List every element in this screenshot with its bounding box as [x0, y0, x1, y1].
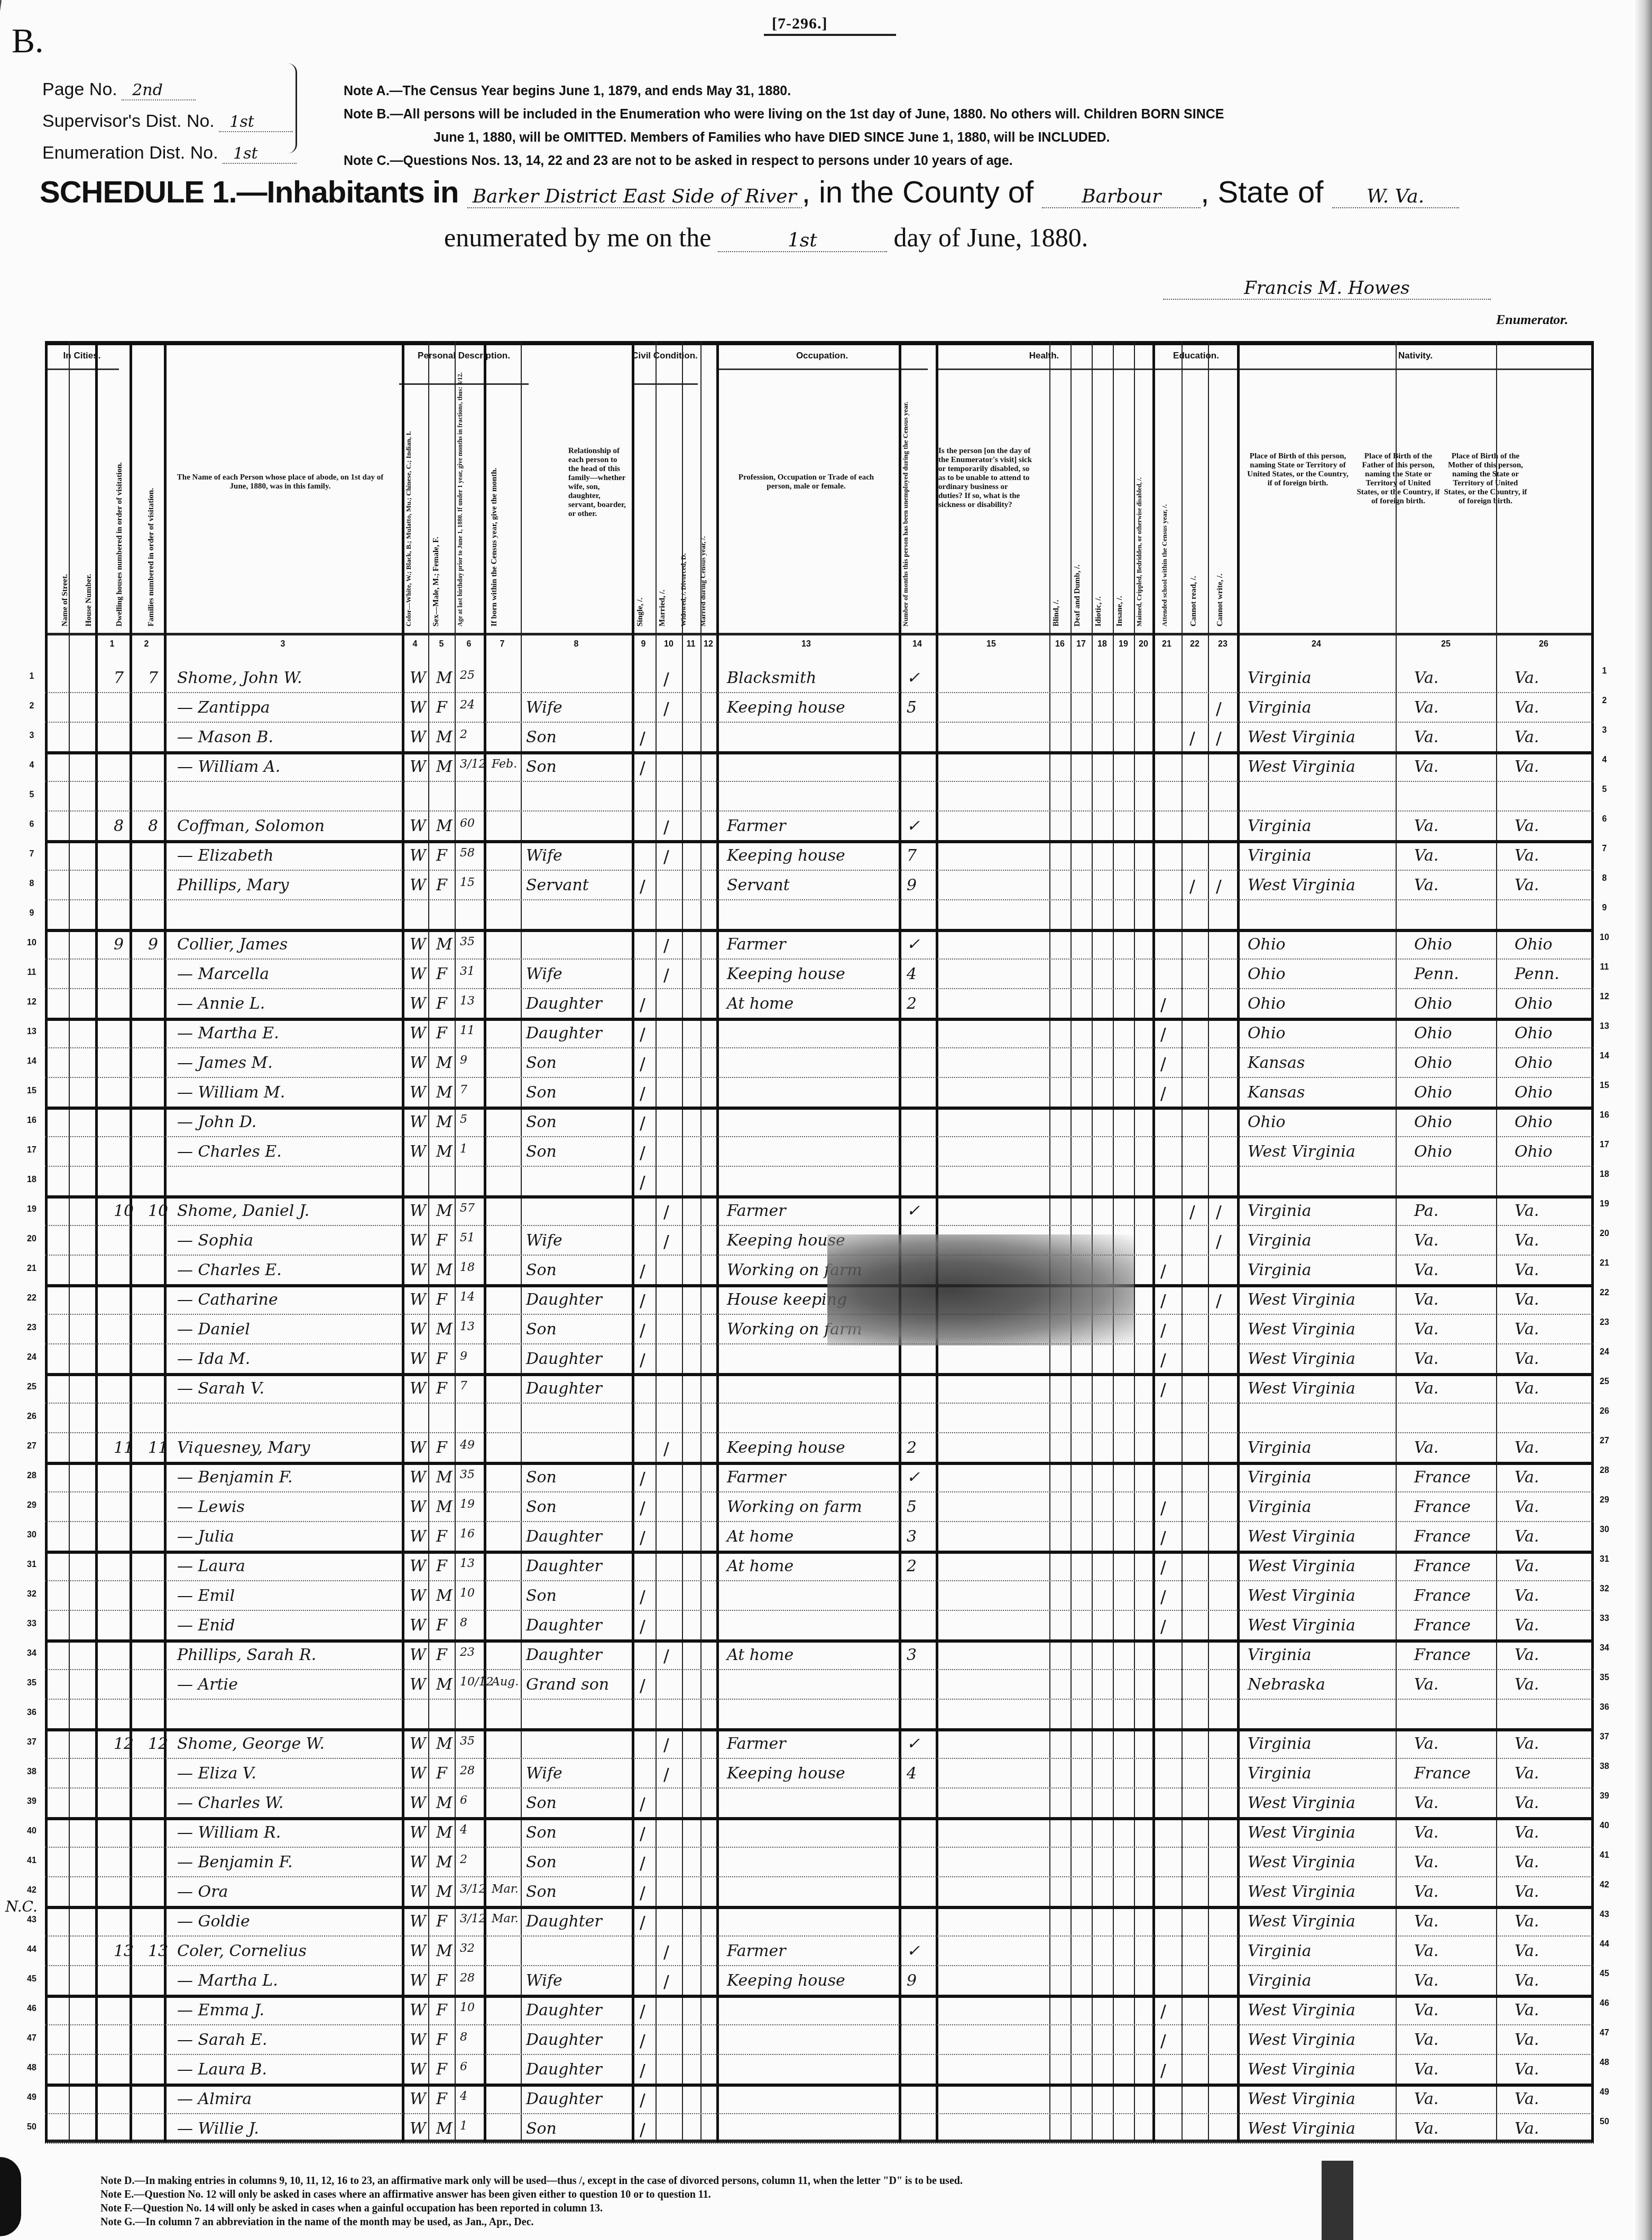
sex: M [436, 669, 453, 687]
birthplace: Virginia [1248, 1646, 1312, 1664]
line-number: 41 [24, 1856, 40, 1866]
color: W [410, 1646, 426, 1664]
father-birthplace: Va. [1414, 1794, 1438, 1812]
months-unemployed: ✓ [907, 935, 920, 954]
single-mark: / [640, 1587, 645, 1607]
married-mark: / [663, 1231, 669, 1251]
county-value: Barbour [1042, 186, 1201, 208]
person-name: — Sarah V. [177, 1379, 264, 1398]
relationship: Wife [526, 1231, 562, 1250]
color: W [410, 1794, 426, 1812]
person-name: Collier, James [177, 935, 288, 954]
mother-birthplace: Va. [1515, 728, 1539, 746]
row-divider [45, 1255, 1594, 1257]
married-mark: / [663, 698, 669, 718]
enumeration-dist-row: Enumeration Dist. No. 1st [42, 143, 297, 164]
mother-birthplace: Ohio [1515, 1083, 1553, 1102]
sex: F [436, 2060, 447, 2079]
attended-school-mark: / [1160, 1498, 1166, 1518]
color: W [410, 1764, 426, 1783]
mother-birthplace: Va. [1515, 1675, 1539, 1694]
age: 49 [460, 1439, 475, 1452]
line-number: 43 [24, 1915, 40, 1925]
line-number: 27 [24, 1442, 40, 1451]
line-number-right: 31 [1596, 1555, 1612, 1564]
birthplace: Ohio [1248, 1024, 1286, 1043]
birthplace: West Virginia [1248, 2119, 1355, 2138]
relationship: Son [526, 1823, 557, 1842]
father-birthplace: Va. [1414, 1883, 1438, 1901]
single-mark: / [640, 1113, 645, 1133]
line-number: 13 [24, 1027, 40, 1037]
color: W [410, 1231, 426, 1250]
line-number: 1 [24, 672, 40, 681]
relationship: Son [526, 1142, 557, 1161]
line-number-right: 37 [1596, 1732, 1612, 1742]
attended-school-mark: / [1160, 1557, 1166, 1577]
line-number: 28 [24, 1471, 40, 1481]
row-divider [45, 1166, 1594, 1168]
father-birthplace: Penn. [1414, 965, 1459, 983]
header-cannot-read: Cannot read, /. [1189, 576, 1198, 626]
father-birthplace: Va. [1414, 817, 1438, 835]
person-name: — Mason B. [177, 728, 273, 746]
birthplace: West Virginia [1248, 1794, 1355, 1812]
age: 24 [460, 698, 475, 712]
column-number: 13 [796, 640, 817, 649]
sex: M [436, 935, 453, 954]
person-name: — Sophia [177, 1231, 253, 1250]
person-name: — Laura B. [177, 2060, 267, 2079]
father-birthplace: Va. [1414, 876, 1438, 895]
occupation: Keeping house [727, 1439, 845, 1457]
age: 16 [460, 1527, 475, 1541]
row-divider [45, 2113, 1594, 2115]
birthplace: Kansas [1248, 1083, 1305, 1102]
header-father-birthplace: Place of Birth of the Father of this per… [1356, 452, 1441, 506]
birthplace: West Virginia [1248, 1320, 1355, 1339]
father-birthplace: Ohio [1414, 1054, 1452, 1072]
line-number-right: 10 [1596, 933, 1612, 943]
relationship: Daughter [526, 1912, 602, 1931]
line-number-right: 19 [1596, 1200, 1612, 1209]
column-number: 21 [1156, 640, 1177, 649]
row-divider [45, 1965, 1594, 1967]
family-number: 11 [148, 1439, 168, 1457]
age: 1 [460, 2119, 467, 2133]
age: 51 [460, 1231, 475, 1245]
family-number: 12 [148, 1735, 168, 1753]
line-number: 42 [24, 1886, 40, 1895]
color: W [410, 965, 426, 983]
attended-school-mark: / [1160, 1261, 1166, 1281]
married-mark: / [663, 1764, 669, 1784]
single-mark: / [640, 2060, 645, 2080]
sex: F [436, 2090, 447, 2108]
age: 13 [460, 1320, 475, 1333]
line-number-right: 28 [1596, 1466, 1612, 1476]
mother-birthplace: Va. [1515, 1646, 1539, 1664]
birthplace: West Virginia [1248, 1557, 1355, 1575]
person-name: — Ora [177, 1883, 228, 1901]
header-deaf-dumb: Deaf and Dumb, /. [1073, 565, 1082, 626]
father-birthplace: Va. [1414, 2119, 1438, 2138]
father-birthplace: Ohio [1414, 1083, 1452, 1102]
single-mark: / [640, 1142, 645, 1163]
months-unemployed: ✓ [907, 1468, 920, 1487]
line-number: 38 [24, 1767, 40, 1777]
dwelling-number: 8 [114, 817, 124, 835]
mother-birthplace: Penn. [1515, 965, 1559, 983]
father-birthplace: Va. [1414, 1290, 1438, 1309]
line-number: 36 [24, 1708, 40, 1718]
line-number: 30 [24, 1531, 40, 1540]
age: 23 [460, 1646, 475, 1659]
state-value: W. Va. [1332, 186, 1459, 208]
father-birthplace: Va. [1414, 1823, 1438, 1842]
column-number: 15 [981, 640, 1002, 649]
birthplace: West Virginia [1248, 1290, 1355, 1309]
birthplace: Virginia [1248, 1942, 1312, 1960]
color: W [410, 728, 426, 746]
column-rule [130, 341, 132, 2143]
occupation: Keeping house [727, 1764, 845, 1783]
row-divider [45, 988, 1594, 990]
page-number-value: 2nd [122, 81, 196, 100]
line-number-right: 17 [1596, 1140, 1612, 1150]
color: W [410, 1350, 426, 1368]
single-mark: / [640, 1883, 645, 1903]
mother-birthplace: Va. [1515, 846, 1539, 865]
relationship: Grand son [526, 1675, 609, 1694]
column-rule [1134, 341, 1135, 2143]
birthplace: Nebraska [1248, 1675, 1325, 1694]
line-number-right: 39 [1596, 1792, 1612, 1801]
father-birthplace: Ohio [1414, 1024, 1452, 1043]
mother-birthplace: Ohio [1515, 935, 1553, 954]
color: W [410, 1113, 426, 1131]
age: 8 [460, 2031, 467, 2044]
birth-month: Feb. [492, 758, 517, 771]
occupation: Farmer [727, 817, 786, 835]
enumerator-label: Enumerator. [1496, 312, 1568, 328]
color: W [410, 1202, 426, 1220]
column-rule [69, 341, 70, 2143]
line-number: 35 [24, 1679, 40, 1688]
header-in-cities: In Cities. [45, 351, 119, 361]
relationship: Son [526, 1468, 557, 1487]
color: W [410, 2060, 426, 2079]
relationship: Son [526, 1113, 557, 1131]
age: 28 [460, 1764, 475, 1777]
cannot-read-mark: / [1189, 728, 1195, 748]
enumeration-dist-label: Enumeration Dist. No. [42, 143, 218, 163]
sex: F [436, 1616, 447, 1635]
line-number-right: 21 [1596, 1259, 1612, 1268]
row-divider [45, 1314, 1594, 1316]
birthplace: West Virginia [1248, 1350, 1355, 1368]
relationship: Daughter [526, 1350, 602, 1368]
birthplace: Virginia [1248, 669, 1312, 687]
column-rule [1396, 341, 1397, 2143]
row-divider [45, 1521, 1594, 1523]
column-rule [716, 341, 719, 2143]
row-divider [45, 692, 1594, 694]
person-name: — Charles E. [177, 1142, 282, 1161]
mother-birthplace: Ohio [1515, 1024, 1553, 1043]
sex: M [436, 1587, 453, 1605]
column-number: 18 [1092, 640, 1113, 649]
person-name: — Benjamin F. [177, 1853, 292, 1872]
person-name: — Martha E. [177, 1024, 279, 1043]
line-number-right: 8 [1596, 874, 1612, 883]
color: W [410, 994, 426, 1013]
header-color: Color—White, W.; Black, B.; Mulatto, Mu.… [404, 431, 413, 626]
sex: M [436, 1823, 453, 1842]
single-mark: / [640, 1794, 645, 1814]
sex: F [436, 1024, 447, 1043]
father-birthplace: Va. [1414, 1231, 1438, 1250]
row-divider [45, 1817, 1594, 1820]
relationship: Daughter [526, 1557, 602, 1575]
line-number-right: 50 [1596, 2117, 1612, 2127]
line-number: 32 [24, 1590, 40, 1599]
person-name: Coler, Cornelius [177, 1942, 307, 1960]
ink-smudge [827, 1234, 1134, 1345]
column-rule [1152, 341, 1155, 2143]
mother-birthplace: Va. [1515, 1290, 1539, 1309]
age: 10/12 [460, 1675, 493, 1689]
father-birthplace: Va. [1414, 1853, 1438, 1872]
line-number-right: 48 [1596, 2058, 1612, 2068]
color: W [410, 669, 426, 687]
occupation: At home [727, 994, 793, 1013]
sex: M [436, 1853, 453, 1872]
single-mark: / [640, 1054, 645, 1074]
header-married: Married, /. [658, 589, 667, 626]
person-name: — James M. [177, 1054, 273, 1072]
single-mark: / [640, 1853, 645, 1873]
note-g: Note G.—In column 7 an abbreviation in t… [100, 2215, 963, 2229]
sex: M [436, 1794, 453, 1812]
birthplace: Virginia [1248, 1261, 1312, 1279]
row-divider [45, 1580, 1594, 1582]
page-number-label: Page No. [42, 79, 117, 99]
supervisor-dist-label: Supervisor's Dist. No. [42, 111, 215, 131]
person-name: — Charles W. [177, 1794, 283, 1812]
person-name: — Emma J. [177, 2001, 264, 2020]
mother-birthplace: Va. [1515, 1557, 1539, 1575]
married-mark: / [663, 1735, 669, 1755]
months-unemployed: ✓ [907, 1735, 920, 1753]
attended-school-mark: / [1160, 1527, 1166, 1547]
birthplace: West Virginia [1248, 2090, 1355, 2108]
person-name: — John D. [177, 1113, 256, 1131]
civil-rule [632, 383, 698, 385]
mother-birthplace: Va. [1515, 1764, 1539, 1783]
single-mark: / [640, 758, 645, 778]
attended-school-mark: / [1160, 1320, 1166, 1340]
line-number: 18 [24, 1175, 40, 1185]
mother-birthplace: Va. [1515, 2060, 1539, 2079]
person-name: — Zantippa [177, 698, 270, 717]
line-number-right: 1 [1596, 667, 1612, 676]
column-number: 19 [1113, 640, 1134, 649]
age: 10 [460, 1587, 475, 1600]
scan-artifact-bottom [1322, 2161, 1353, 2240]
page-number-row: Page No. 2nd [42, 79, 196, 100]
married-mark: / [663, 1646, 669, 1666]
header-idiotic: Idiotic, /. [1094, 596, 1103, 626]
age: 60 [460, 817, 475, 830]
header-cannot-write: Cannot write, /. [1216, 574, 1225, 626]
cannot-write-mark: / [1216, 1290, 1222, 1311]
column-rule [1496, 341, 1497, 2143]
row-divider [45, 1847, 1594, 1849]
mother-birthplace: Va. [1515, 1231, 1539, 1250]
line-number-right: 23 [1596, 1318, 1612, 1328]
note-a: Note A.—The Census Year begins June 1, 1… [344, 79, 1224, 103]
sex: M [436, 1735, 453, 1753]
father-birthplace: Va. [1414, 1439, 1438, 1457]
line-number-right: 35 [1596, 1673, 1612, 1683]
line-number: 37 [24, 1738, 40, 1747]
occupation: Farmer [727, 1735, 786, 1753]
birthplace: West Virginia [1248, 1823, 1355, 1842]
line-number-right: 45 [1596, 1969, 1612, 1979]
note-f: Note F.—Question No. 14 will only be ask… [100, 2201, 963, 2215]
person-name: — Emil [177, 1587, 235, 1605]
relationship: Son [526, 1853, 557, 1872]
age: 31 [460, 965, 475, 978]
color: W [410, 1320, 426, 1339]
birthplace: Virginia [1248, 1764, 1312, 1783]
line-number-right: 41 [1596, 1851, 1612, 1860]
single-mark: / [640, 2001, 645, 2021]
row-divider [45, 2024, 1594, 2026]
row-divider [45, 1018, 1594, 1021]
mother-birthplace: Va. [1515, 1912, 1539, 1931]
single-mark: / [640, 1498, 645, 1518]
header-occupation-trade: Profession, Occupation or Trade of each … [727, 473, 885, 491]
line-number: 39 [24, 1797, 40, 1806]
months-unemployed: 2 [907, 994, 917, 1013]
note-b-cont: June 1, 1880, will be OMITTED. Members o… [344, 126, 1224, 149]
person-name: Phillips, Sarah R. [177, 1646, 316, 1664]
note-c: Note C.—Questions Nos. 13, 14, 22 and 23… [344, 149, 1224, 172]
single-mark: / [640, 2090, 645, 2110]
father-birthplace: Va. [1414, 1320, 1438, 1339]
header-widowed: Widowed, /. Divorced, D. [679, 553, 688, 626]
person-name: — William M. [177, 1083, 285, 1102]
sex: M [436, 1498, 453, 1516]
row-divider [45, 1995, 1594, 1998]
row-divider [45, 1225, 1594, 1227]
attended-school-mark: / [1160, 994, 1166, 1015]
relationship: Wife [526, 965, 562, 983]
row-divider [45, 840, 1594, 843]
line-number-right: 6 [1596, 815, 1612, 824]
person-name: — Charles E. [177, 1261, 282, 1279]
header-sex: Sex—Male, M.; Female, F. [432, 537, 441, 626]
column-number: 24 [1306, 640, 1327, 649]
column-number: 26 [1533, 640, 1554, 649]
father-birthplace: Ohio [1414, 1142, 1452, 1161]
relationship: Son [526, 1054, 557, 1072]
mother-birthplace: Va. [1515, 1320, 1539, 1339]
age: 1 [460, 1142, 467, 1156]
color: W [410, 935, 426, 954]
line-number: 49 [24, 2093, 40, 2103]
father-birthplace: Ohio [1414, 1113, 1452, 1131]
mother-birthplace: Va. [1515, 1439, 1539, 1457]
attended-school-mark: / [1160, 1350, 1166, 1370]
sex: M [436, 2119, 453, 2138]
row-divider [45, 1432, 1594, 1434]
months-unemployed: 4 [907, 1764, 917, 1783]
mother-birthplace: Va. [1515, 1942, 1539, 1960]
birthplace: Ohio [1248, 965, 1286, 983]
relationship: Daughter [526, 1616, 602, 1635]
cannot-write-mark: / [1216, 698, 1222, 718]
enumerated-prefix: enumerated by me on the [444, 223, 711, 252]
nativity-rule [1240, 368, 1591, 370]
state-label: , State of [1201, 175, 1323, 209]
column-number: 22 [1184, 640, 1205, 649]
sex: M [436, 1202, 453, 1220]
relationship: Son [526, 1261, 557, 1279]
relationship: Son [526, 1794, 557, 1812]
line-number: 47 [24, 2034, 40, 2043]
color: W [410, 1912, 426, 1931]
column-number: 3 [272, 640, 293, 649]
in-cities-rule [45, 368, 119, 370]
father-birthplace: Va. [1414, 1379, 1438, 1398]
line-number-right: 5 [1596, 785, 1612, 795]
birthplace: Ohio [1248, 935, 1286, 954]
months-unemployed: 9 [907, 876, 917, 895]
relationship: Son [526, 758, 557, 776]
line-number: 5 [24, 790, 40, 800]
occupation: Keeping house [727, 846, 845, 865]
color: W [410, 2090, 426, 2108]
line-number: 21 [24, 1264, 40, 1274]
line-number: 33 [24, 1619, 40, 1629]
mother-birthplace: Va. [1515, 2090, 1539, 2108]
father-birthplace: Va. [1414, 1942, 1438, 1960]
father-birthplace: Pa. [1414, 1202, 1438, 1220]
mother-birthplace: Va. [1515, 2031, 1539, 2049]
column-rule [45, 341, 48, 2143]
occupation: At home [727, 1527, 793, 1546]
age: 10 [460, 2001, 475, 2014]
occupation: At home [727, 1646, 793, 1664]
line-number-right: 43 [1596, 1910, 1612, 1920]
father-birthplace: Va. [1414, 1261, 1438, 1279]
column-rule [1237, 341, 1240, 2143]
column-number: 23 [1212, 640, 1233, 649]
line-number: 25 [24, 1382, 40, 1392]
row-divider [45, 1047, 1594, 1049]
row-divider [45, 1728, 1594, 1731]
color: W [410, 1942, 426, 1960]
occupation-rule [716, 368, 928, 370]
row-divider [45, 1284, 1594, 1287]
married-mark: / [663, 669, 669, 689]
person-name: Shome, Daniel J. [177, 1202, 309, 1220]
header-name: The Name of each Person whose place of a… [169, 473, 391, 491]
line-number: 9 [24, 909, 40, 918]
